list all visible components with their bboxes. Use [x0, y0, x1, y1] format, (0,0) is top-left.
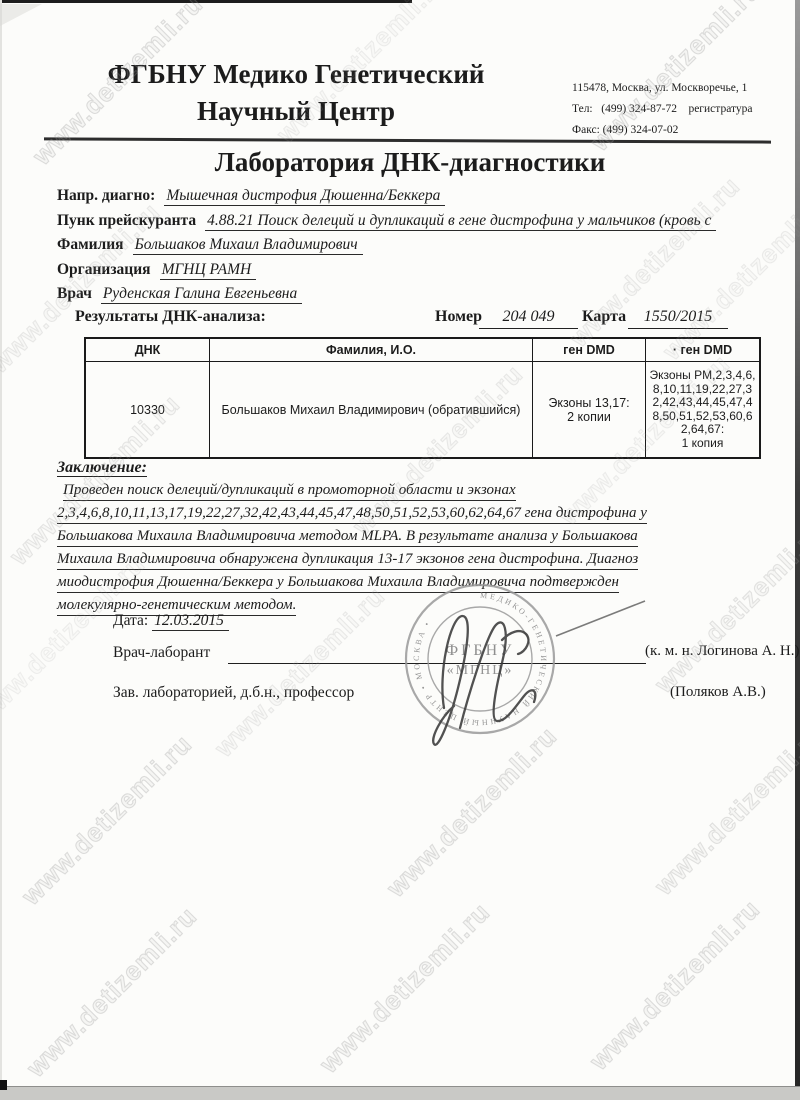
scan-edge-nub — [0, 1080, 7, 1090]
card-label: Карта — [582, 308, 626, 326]
doctor-role-label: Врач-лаборант — [113, 644, 210, 662]
field-surname-value: Большаков Михаил Владимирович — [133, 236, 363, 255]
field-surname-label: Фамилия — [57, 236, 124, 253]
date-row: Дата: 12.03.2015 — [113, 612, 229, 630]
field-surname: ФамилияБольшаков Михаил Владимирович — [57, 236, 772, 261]
lab-head-role-label: Зав. лабораторией, д.б.н., профессор — [113, 684, 354, 702]
dna-results-table: ДНК Фамилия, И.О. ген DMD · ген DMD 1033… — [84, 337, 761, 459]
watermark-text: www.detizemli.ru — [21, 901, 204, 1084]
cell-patient-name: Большаков Михаил Владимирович (обративши… — [210, 362, 533, 459]
watermark-text: www.detizemli.ru — [16, 729, 199, 912]
conclusion-line: 2,3,4,6,8,10,11,13,17,19,22,27,32,42,43,… — [57, 505, 773, 528]
watermark-text: www.detizemli.ru — [649, 719, 800, 902]
scan-edge-right — [795, 0, 800, 1100]
results-line: Результаты ДНК-анализа: Номер 204 049 Ка… — [0, 308, 800, 334]
cell-gene-dmd-1: Экзоны 13,17: 2 копии — [533, 362, 646, 459]
table-row: 10330 Большаков Михаил Владимирович (обр… — [85, 362, 760, 459]
table-header-row: ДНК Фамилия, И.О. ген DMD · ген DMD — [85, 338, 760, 362]
watermark-text: www.detizemli.ru — [314, 897, 497, 1080]
field-doctor-value: Руденская Галина Евгеньевна — [101, 285, 302, 304]
date-value: 12.03.2015 — [152, 612, 229, 631]
contact-phone: Тел: (499) 324-87-72 регистратура — [572, 99, 777, 120]
stamp-center-line2: «МГНЦ» — [447, 663, 514, 678]
results-label: Результаты ДНК-анализа: — [75, 308, 266, 326]
watermark-text: www.detizemli.ru — [584, 894, 767, 1077]
organization-name: ФГБНУ Медико Генетический Научный Центр — [78, 56, 514, 130]
field-pricelist: Пунк прейскуранта4.88.21 Поиск делеций и… — [57, 212, 772, 237]
lab-head-name: (Поляков А.В.) — [670, 684, 766, 701]
official-stamp: МЕДИКО-ГЕНЕТИЧЕСКИЙ НАУЧНЫЙ ЦЕНТР • МОСК… — [398, 578, 658, 763]
col-header-dna: ДНК — [85, 338, 210, 362]
conclusion-line: Михаила Владимировича обнаружена дуплика… — [57, 551, 773, 574]
scan-smudge — [0, 4, 42, 26]
field-pricelist-label: Пунк прейскуранта — [57, 212, 196, 229]
col-header-gene-dmd-1: ген DMD — [533, 338, 646, 362]
field-diagnosis-label: Напр. диагно: — [57, 187, 155, 204]
field-doctor: ВрачРуденская Галина Евгеньевна — [57, 285, 772, 310]
field-pricelist-value: 4.88.21 Поиск делеций и дупликаций в ген… — [205, 212, 716, 231]
organization-name-line2: Научный Центр — [78, 93, 514, 130]
field-diagnosis-value: Мышечная дистрофия Дюшенна/Беккера — [164, 187, 445, 206]
organization-name-line1: ФГБНУ Медико Генетический — [78, 56, 514, 93]
field-organization-value: МГНЦ РАМН — [160, 261, 257, 280]
col-header-name: Фамилия, И.О. — [210, 338, 533, 362]
doctor-name: (к. м. н. Логинова А. Н.) — [645, 643, 800, 660]
conclusion-line: Большакова Михаила Владимировича методом… — [57, 528, 773, 551]
number-label: Номер — [435, 308, 482, 326]
scan-edge-bottom — [0, 1086, 800, 1100]
conclusion-line: Проведен поиск делеций/дупликаций в пром… — [57, 482, 773, 505]
conclusion-title: Заключение: — [57, 459, 773, 482]
scan-edge-top — [0, 0, 412, 3]
field-doctor-label: Врач — [57, 285, 92, 302]
field-organization: ОрганизацияМГНЦ РАМН — [57, 261, 772, 286]
signature-flourish — [556, 601, 645, 636]
field-diagnosis: Напр. диагно:Мышечная дистрофия Дюшенна/… — [57, 187, 772, 212]
contact-block: 115478, Москва, ул. Москворечье, 1 Тел: … — [572, 78, 777, 141]
contact-fax: Факс: (499) 324-07-02 — [572, 120, 777, 141]
lab-title: Лаборатория ДНК-диагностики — [60, 147, 760, 178]
form-fields: Напр. диагно:Мышечная дистрофия Дюшенна/… — [57, 187, 772, 310]
card-value: 1550/2015 — [628, 308, 728, 329]
number-value: 204 049 — [479, 308, 578, 329]
date-label: Дата: — [113, 612, 148, 629]
contact-address: 115478, Москва, ул. Москворечье, 1 — [572, 78, 777, 99]
col-header-gene-dmd-2: · ген DMD — [646, 338, 761, 362]
scan-edge-left — [0, 0, 2, 1100]
scanned-lab-report: ФГБНУ Медико Генетический Научный Центр … — [0, 0, 800, 1100]
field-organization-label: Организация — [57, 261, 151, 278]
cell-dna-number: 10330 — [85, 362, 210, 459]
cell-gene-dmd-2: Экзоны PM,2,3,4,6,8,10,11,19,22,27,32,42… — [646, 362, 761, 459]
